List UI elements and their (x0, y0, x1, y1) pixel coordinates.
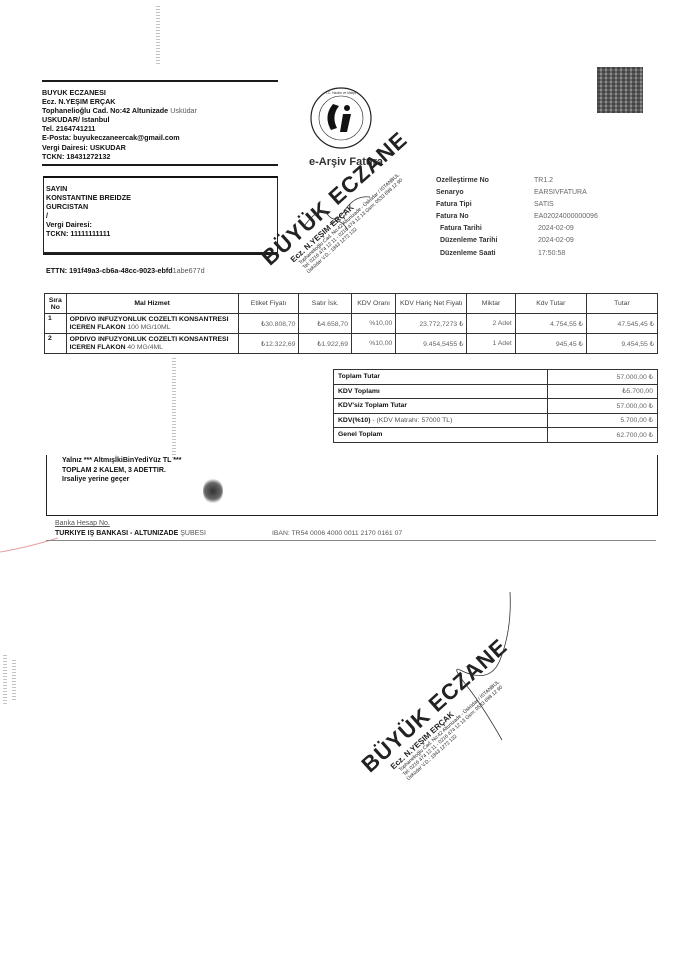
totals-row: KDV(%10) - (KDV Matrahı: 57000 TL)5.700,… (334, 413, 658, 428)
seller-info: BUYUK ECZANESI Ecz. N.YEŞIM ERÇAK Tophan… (42, 88, 282, 161)
totals-value: 5.700,00 ₺ (548, 413, 658, 428)
totals-value: ₺5.700,00 (548, 384, 658, 399)
col-discount: Satır İsk. (299, 294, 352, 314)
info-value: EARSIVFATURA (534, 189, 587, 196)
item-no: 1 (45, 314, 67, 334)
seller-tckn: TCKN: 18431272132 (42, 152, 282, 161)
bank-name: TURKIYE IŞ BANKASI - ALTUNIZADE ŞUBESI (55, 530, 206, 537)
seller-phone: Tel. 2164741211 (42, 124, 282, 133)
ettn: ETTN: 191f49a3-cb6a-48cc-9023-ebfd1abe67… (46, 266, 205, 275)
item-vat-amount: 945,45 ₺ (515, 334, 586, 354)
signature (300, 185, 390, 245)
seller-email: E-Posta: buyukeczaneercak@gmail.com (42, 133, 282, 142)
buyer-info: SAYIN KONSTANTINE BREIDZE GURCISTAN / Ve… (46, 184, 131, 238)
qr-code (597, 67, 643, 113)
col-qty: Miktar (467, 294, 515, 314)
totals-value: 57.000,00 ₺ (548, 370, 658, 385)
table-row: 2OPDIVO INFUZYONLUK COZELTI KONSANTRESI … (45, 334, 658, 354)
bank-label: Banka Hesap No. (55, 520, 110, 527)
table-row: 1OPDIVO INFUZYONLUK COZELTI KONSANTRESI … (45, 314, 658, 334)
invoice-notes: Yalnız *** AltmışİkiBinYediYüz TL *** TO… (62, 456, 181, 485)
totals-label: KDV'siz Toplam Tutar (334, 399, 548, 414)
buyer-tckn: TCKN: 11111111111 (46, 229, 131, 238)
info-label: Düzenleme Tarihi (436, 235, 538, 247)
info-label: Fatura Tipi (436, 199, 534, 211)
scan-artifact (3, 655, 7, 705)
info-value: SATIS (534, 201, 554, 208)
signature-bottom (440, 590, 530, 750)
scan-artifact (12, 660, 16, 700)
totals-label: KDV(%10) - (KDV Matrahı: 57000 TL) (334, 413, 548, 428)
buyer-salutation: SAYIN (46, 184, 131, 193)
item-net-price: 23.772,7273 ₺ (396, 314, 467, 334)
invoice-info-row: Ozelleştirme NoTR1.2 (436, 175, 598, 187)
seller-city: USKUDAR/ Istanbul (42, 115, 282, 124)
totals-row: Toplam Tutar57.000,00 ₺ (334, 370, 658, 385)
col-list-price: Etiket Fiyatı (238, 294, 299, 314)
invoice-info-row: Fatura Tarihi2024-02-09 (436, 223, 598, 235)
seller-bottom-rule (42, 164, 278, 166)
info-value: EA02024000000096 (534, 213, 598, 220)
seller-name: BUYUK ECZANESI (42, 88, 282, 97)
item-discount: ₺4.658,70 (299, 314, 352, 334)
seller-pharmacist: Ecz. N.YEŞIM ERÇAK (42, 97, 282, 106)
item-no: 2 (45, 334, 67, 354)
buyer-name: KONSTANTINE BREIDZE (46, 193, 131, 202)
totals-label: Toplam Tutar (334, 370, 548, 385)
buyer-address: / (46, 211, 131, 220)
invoice-info-row: Fatura TipiSATIS (436, 199, 598, 211)
item-list-price: ₺30.808,70 (238, 314, 299, 334)
gib-logo-icon: T.C. Hazine ve Maliye (309, 86, 373, 150)
item-list-price: ₺12.322,69 (238, 334, 299, 354)
col-net-price: KDV Hariç Net Fiyatı (396, 294, 467, 314)
item-total: 9.454,55 ₺ (586, 334, 657, 354)
seller-top-rule (42, 80, 278, 82)
info-label: Fatura No (436, 211, 534, 223)
svg-text:T.C. Hazine ve Maliye: T.C. Hazine ve Maliye (326, 91, 357, 95)
totals-table: Toplam Tutar57.000,00 ₺KDV Toplamı₺5.700… (333, 369, 658, 443)
seller-tax-office: Vergi Dairesi: USKUDAR (42, 143, 282, 152)
item-qty: 1 Adet (467, 334, 515, 354)
info-value: 2024-02-09 (538, 237, 574, 244)
info-label: Düzenleme Saati (436, 248, 538, 260)
items-table: Sıra No Mal Hizmet Etiket Fiyatı Satır İ… (44, 293, 658, 354)
item-vat-amount: 4.754,55 ₺ (515, 314, 586, 334)
totals-label: Genel Toplam (334, 428, 548, 443)
item-vat-rate: %10,00 (351, 314, 395, 334)
invoice-info-row: Fatura NoEA02024000000096 (436, 211, 598, 223)
buyer-country: GURCISTAN (46, 202, 131, 211)
item-net-price: 9.454,5455 ₺ (396, 334, 467, 354)
info-label: Fatura Tarihi (436, 223, 538, 235)
seller-address: Tophanelioğlu Cad. No:42 Altunizade Uskü… (42, 106, 282, 115)
invoice-info-row: Düzenleme Saati17:50:58 (436, 248, 598, 260)
buyer-tax-office: Vergi Dairesi: (46, 220, 131, 229)
totals-row: Genel Toplam62.700,00 ₺ (334, 428, 658, 443)
totals-label: KDV Toplamı (334, 384, 548, 399)
pen-mark (0, 536, 60, 554)
col-description: Mal Hizmet (66, 294, 238, 314)
invoice-info-row: SenaryoEARSIVFATURA (436, 187, 598, 199)
col-no: Sıra No (45, 294, 67, 314)
info-label: Senaryo (436, 187, 534, 199)
amount-in-words: Yalnız *** AltmışİkiBinYediYüz TL *** (62, 456, 181, 466)
invoice-info: Ozelleştirme NoTR1.2SenaryoEARSIVFATURAF… (436, 175, 598, 260)
item-description: OPDIVO INFUZYONLUK COZELTI KONSANTRESI I… (66, 334, 238, 354)
waybill-note: Irsaliye yerine geçer (62, 475, 181, 485)
item-vat-rate: %10,00 (351, 334, 395, 354)
info-value: TR1.2 (534, 177, 553, 184)
item-count: TOPLAM 2 KALEM, 3 ADETTIR. (62, 466, 181, 476)
scan-artifact (156, 6, 160, 66)
totals-value: 62.700,00 ₺ (548, 428, 658, 443)
col-vat-rate: KDV Oranı (351, 294, 395, 314)
col-vat-amount: Kdv Tutar (515, 294, 586, 314)
info-label: Ozelleştirme No (436, 175, 534, 187)
col-total: Tutar (586, 294, 657, 314)
items-header-row: Sıra No Mal Hizmet Etiket Fiyatı Satır İ… (45, 294, 658, 314)
buyer-bottom-rule (43, 253, 278, 255)
item-description: OPDIVO INFUZYONLUK COZELTI KONSANTRESI I… (66, 314, 238, 334)
info-value: 17:50:58 (538, 250, 565, 257)
invoice-info-row: Düzenleme Tarihi2024-02-09 (436, 235, 598, 247)
bank-iban: IBAN: TR54 0006 4000 0011 2170 0161 07 (272, 530, 402, 537)
bank-rule (46, 540, 656, 541)
totals-value: 57.000,00 ₺ (548, 399, 658, 414)
totals-row: KDV Toplamı₺5.700,00 (334, 384, 658, 399)
info-value: 2024-02-09 (538, 225, 574, 232)
item-qty: 2 Adet (467, 314, 515, 334)
scan-artifact (172, 358, 176, 458)
totals-row: KDV'siz Toplam Tutar57.000,00 ₺ (334, 399, 658, 414)
item-total: 47.545,45 ₺ (586, 314, 657, 334)
item-discount: ₺1.922,69 (299, 334, 352, 354)
